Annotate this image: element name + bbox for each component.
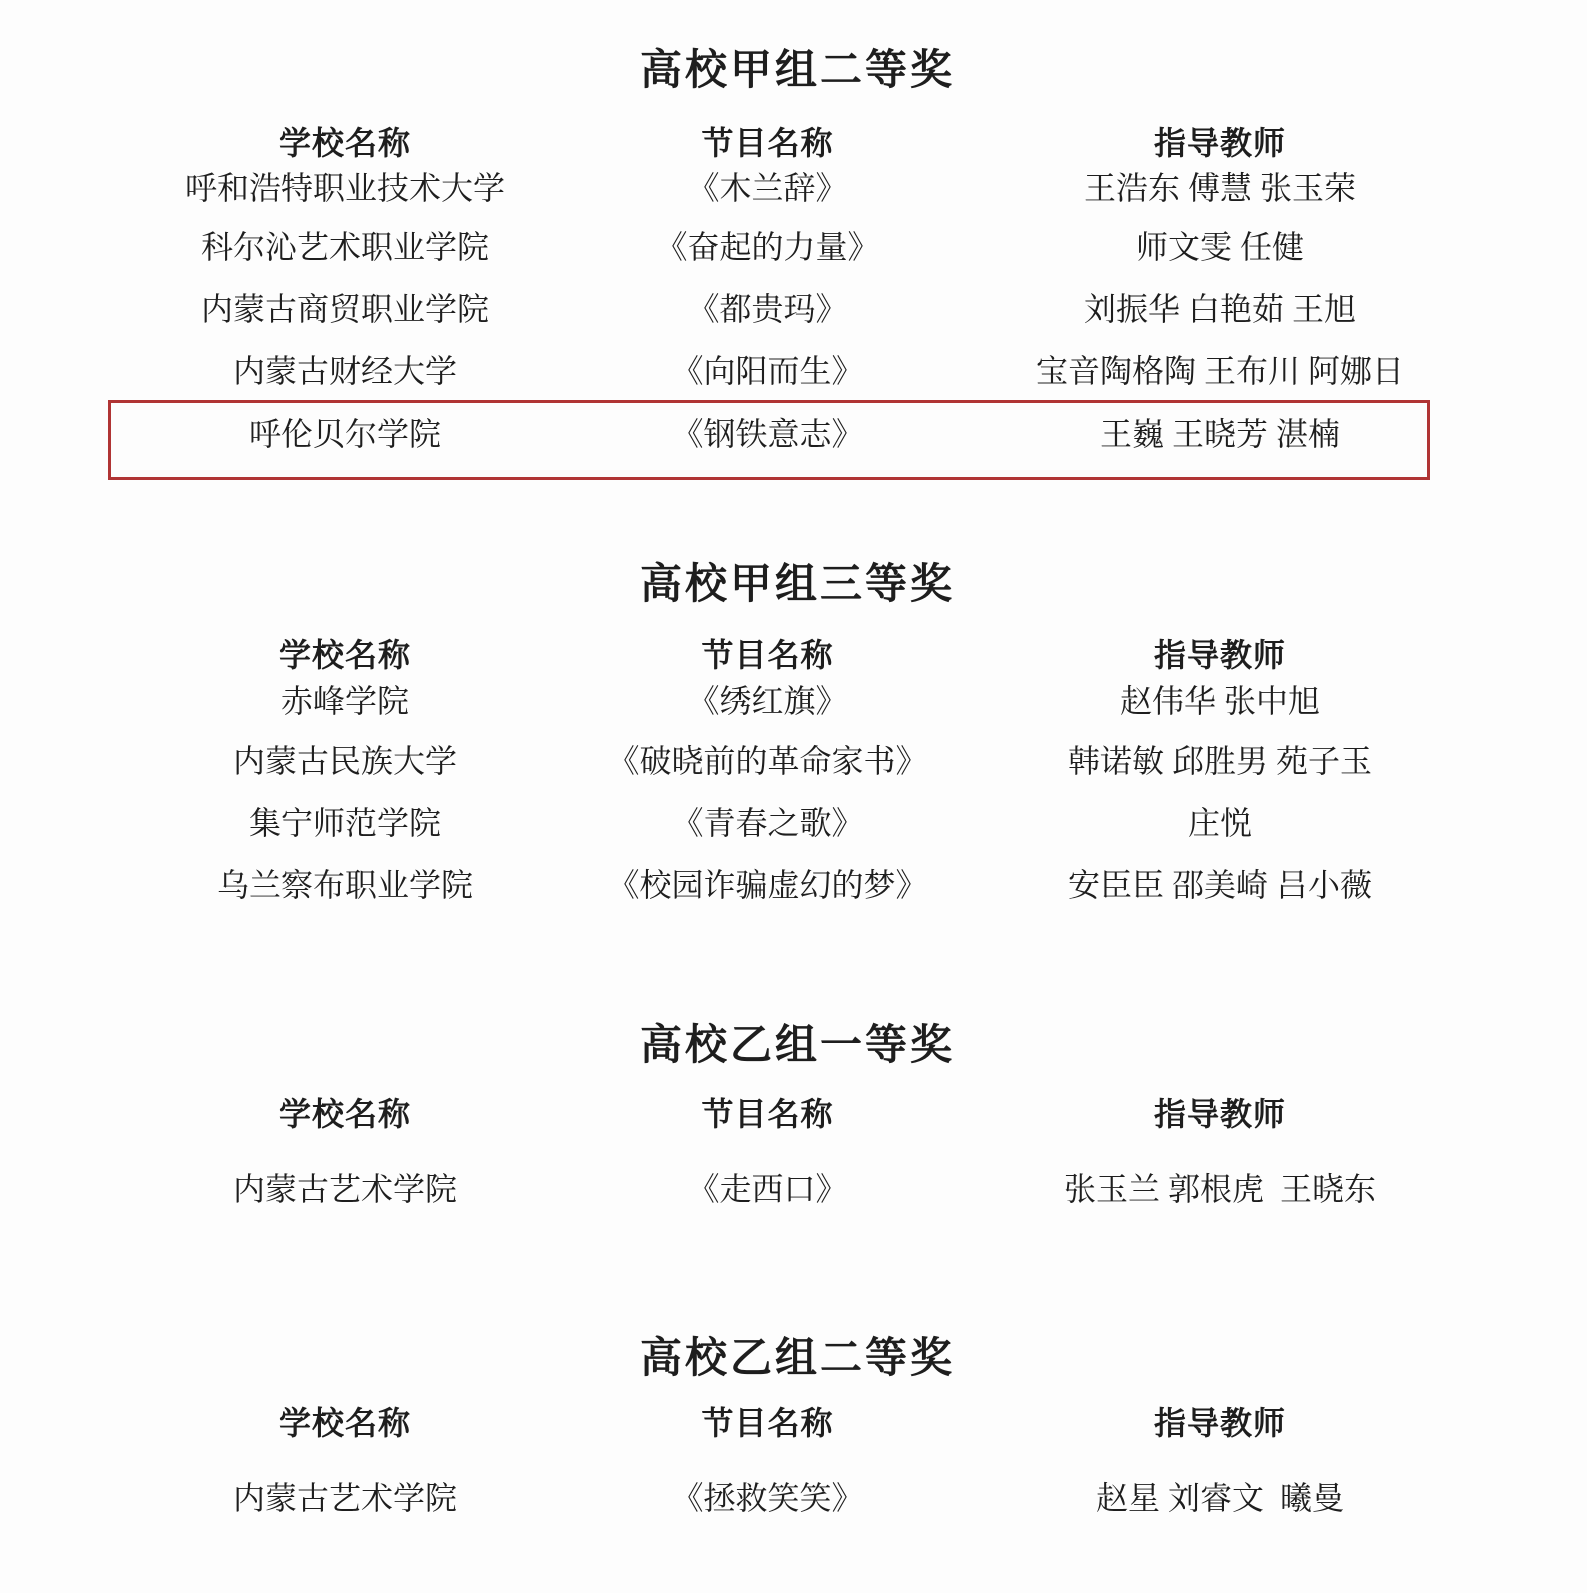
column-header-school: 学校名称 — [130, 630, 560, 676]
column-header-teacher: 指导教师 — [975, 1398, 1465, 1444]
column-header-teacher: 指导教师 — [975, 118, 1465, 164]
program-cell: 《都贵玛》 — [560, 284, 975, 330]
table-header-row: 学校名称 节目名称 指导教师 — [130, 1398, 1465, 1438]
program-cell: 《钢铁意志》 — [560, 409, 975, 455]
section-title-group-a-third-prize: 高校甲组三等奖 — [130, 560, 1465, 608]
column-header-program: 节目名称 — [560, 1089, 975, 1135]
program-cell: 《青春之歌》 — [560, 798, 975, 844]
table-row: 集宁师范学院 《青春之歌》 庄悦 — [130, 790, 1465, 852]
table-row: 赤峰学院 《绣红旗》 赵伟华 张中旭 — [130, 670, 1465, 728]
program-cell: 《向阳而生》 — [560, 346, 975, 392]
teachers-cell: 赵伟华 张中旭 — [975, 676, 1465, 722]
section-title-group-b-second-prize: 高校乙组二等奖 — [130, 1334, 1465, 1382]
column-header-program: 节目名称 — [560, 118, 975, 164]
school-cell: 赤峰学院 — [130, 676, 560, 722]
program-cell: 《木兰辞》 — [560, 163, 975, 209]
table-row: 呼和浩特职业技术大学 《木兰辞》 王浩东 傅慧 张玉荣 — [130, 158, 1465, 214]
school-cell: 内蒙古商贸职业学院 — [130, 284, 560, 330]
school-cell: 乌兰察布职业学院 — [130, 860, 560, 906]
column-header-teacher: 指导教师 — [975, 630, 1465, 676]
school-cell: 科尔沁艺术职业学院 — [130, 222, 560, 268]
table-row: 内蒙古艺术学院 《拯救笑笑》 赵星 刘睿文 曦曼 — [130, 1466, 1465, 1526]
column-header-school: 学校名称 — [130, 118, 560, 164]
section-title-group-b-first-prize: 高校乙组一等奖 — [130, 1021, 1465, 1069]
teachers-cell: 安臣臣 邵美崎 吕小薇 — [975, 860, 1465, 906]
teachers-cell: 张玉兰 郭根虎 王晓东 — [975, 1164, 1465, 1210]
table-header-row: 学校名称 节目名称 指导教师 — [130, 1089, 1465, 1129]
school-cell: 呼和浩特职业技术大学 — [130, 163, 560, 209]
teachers-cell: 刘振华 白艳茹 王旭 — [975, 284, 1465, 330]
school-cell: 集宁师范学院 — [130, 798, 560, 844]
table-row: 内蒙古商贸职业学院 《都贵玛》 刘振华 白艳茹 王旭 — [130, 276, 1465, 338]
award-document: 高校甲组二等奖 学校名称 节目名称 指导教师 呼和浩特职业技术大学 《木兰辞》 … — [0, 0, 1587, 1526]
section-title-group-a-second-prize: 高校甲组二等奖 — [130, 46, 1465, 94]
teachers-cell: 宝音陶格陶 王布川 阿娜日 — [975, 346, 1465, 392]
column-header-school: 学校名称 — [130, 1089, 560, 1135]
teachers-cell: 王浩东 傅慧 张玉荣 — [975, 163, 1465, 209]
column-header-teacher: 指导教师 — [975, 1089, 1465, 1135]
school-cell: 内蒙古民族大学 — [130, 736, 560, 782]
school-cell: 内蒙古艺术学院 — [130, 1473, 560, 1519]
teachers-cell: 韩诺敏 邱胜男 苑子玉 — [975, 736, 1465, 782]
table-row-highlighted: 呼伦贝尔学院 《钢铁意志》 王巍 王晓芳 湛楠 — [111, 409, 1427, 453]
program-cell: 《破晓前的革命家书》 — [560, 736, 975, 782]
program-cell: 《绣红旗》 — [560, 676, 975, 722]
table-row: 内蒙古民族大学 《破晓前的革命家书》 韩诺敏 邱胜男 苑子玉 — [130, 728, 1465, 790]
program-cell: 《拯救笑笑》 — [560, 1473, 975, 1519]
column-header-program: 节目名称 — [560, 630, 975, 676]
column-header-program: 节目名称 — [560, 1398, 975, 1444]
teachers-cell: 庄悦 — [975, 798, 1465, 844]
teachers-cell: 师文雯 任健 — [975, 222, 1465, 268]
highlight-box: 呼伦贝尔学院 《钢铁意志》 王巍 王晓芳 湛楠 — [108, 400, 1430, 480]
table-header-row: 学校名称 节目名称 指导教师 — [130, 118, 1465, 158]
school-cell: 内蒙古财经大学 — [130, 346, 560, 392]
teachers-cell: 王巍 王晓芳 湛楠 — [975, 409, 1465, 455]
program-cell: 《校园诈骗虚幻的梦》 — [560, 860, 975, 906]
column-header-school: 学校名称 — [130, 1398, 560, 1444]
program-cell: 《奋起的力量》 — [560, 222, 975, 268]
program-cell: 《走西口》 — [560, 1164, 975, 1210]
table-row: 乌兰察布职业学院 《校园诈骗虚幻的梦》 安臣臣 邵美崎 吕小薇 — [130, 852, 1465, 914]
table-header-row: 学校名称 节目名称 指导教师 — [130, 630, 1465, 670]
teachers-cell: 赵星 刘睿文 曦曼 — [975, 1473, 1465, 1519]
table-row: 内蒙古财经大学 《向阳而生》 宝音陶格陶 王布川 阿娜日 — [130, 338, 1465, 400]
table-row: 科尔沁艺术职业学院 《奋起的力量》 师文雯 任健 — [130, 214, 1465, 276]
school-cell: 内蒙古艺术学院 — [130, 1164, 560, 1210]
school-cell: 呼伦贝尔学院 — [130, 409, 560, 455]
table-row: 内蒙古艺术学院 《走西口》 张玉兰 郭根虎 王晓东 — [130, 1157, 1465, 1217]
